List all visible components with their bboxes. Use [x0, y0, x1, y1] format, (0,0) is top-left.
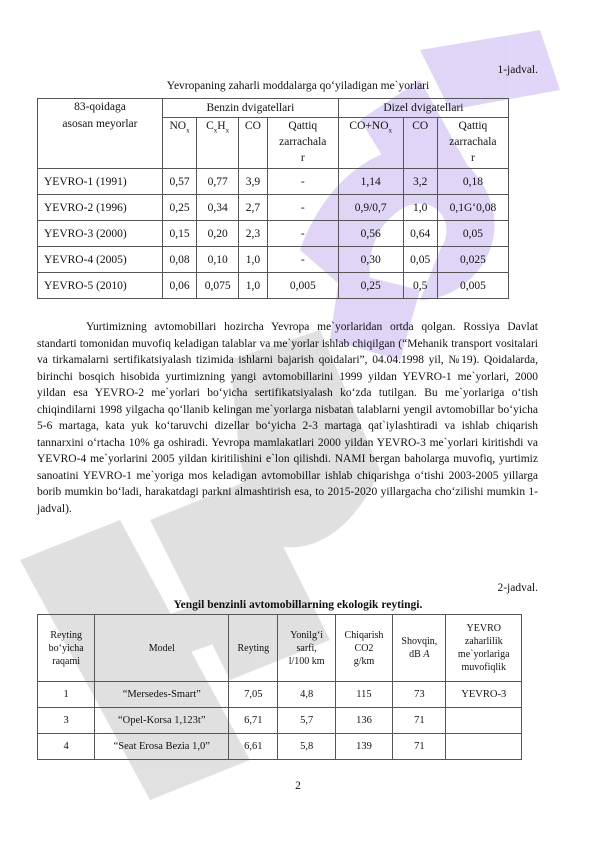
- conox-sub: x: [389, 126, 393, 134]
- table2-label: 2-jadval.: [497, 582, 538, 594]
- header-diesel-engines: Dizel dvigatellari: [338, 99, 508, 118]
- h-rank-text: Reytingbo‘yicharaqami: [49, 630, 84, 667]
- pm-d-line3: r: [471, 152, 475, 164]
- cell-norm: YEVRO-4 (2005): [38, 247, 163, 273]
- table-row: 1“Mersedes-Smart”7,054,811573YEVRO-3: [38, 682, 522, 708]
- header-co: CO: [239, 118, 268, 169]
- cell-co_d: 0,5: [403, 273, 437, 299]
- cell-model: “Opel-Korsa 1,123t”: [95, 708, 229, 734]
- cell-co2: 136: [335, 708, 392, 734]
- cell-rating: 6,71: [229, 708, 278, 734]
- nox-sub: x: [186, 126, 190, 134]
- noise-unit: A: [423, 649, 429, 660]
- header-co-diesel: CO: [403, 118, 437, 169]
- cell-pm: 0,005: [267, 273, 338, 299]
- body-paragraph: Yurtimizning avtomobillari hozircha Yevr…: [37, 319, 538, 517]
- cell-rank: 1: [38, 682, 95, 708]
- noise-line2: dB: [409, 649, 423, 660]
- cell-nox: 0,15: [162, 221, 196, 247]
- table2-title: Yengil benzinli avtomobillarning ekologi…: [0, 599, 596, 611]
- table-row: YEVRO-1 (1991)0,570,773,9-1,143,20,18: [38, 169, 509, 195]
- cell-pm_d: 0,005: [437, 273, 508, 299]
- cell-conox: 1,14: [338, 169, 403, 195]
- table-row: YEVRO-2 (1996)0,250,342,7-0,9/0,71,00,1G…: [38, 195, 509, 221]
- cell-co2: 139: [335, 734, 392, 760]
- table1-title: Yevropaning zaharli moddalarga qo‘yiladi…: [0, 80, 596, 92]
- cxhx-h: H: [217, 120, 225, 132]
- cell-nox: 0,08: [162, 247, 196, 273]
- cell-pm_d: 0,05: [437, 221, 508, 247]
- cell-fuel: 4,8: [278, 682, 335, 708]
- h-co2-text: ChiqarishCO2g/km: [345, 630, 384, 667]
- pm-line3: r: [301, 152, 305, 164]
- pm-line1: Qattiq: [288, 120, 317, 132]
- cell-pm_d: 0,1G‘0,08: [437, 195, 508, 221]
- header-co-nox: CO+NOx: [338, 118, 403, 169]
- table-row: 4“Seat Erosa Bezia 1,0”6,615,813971: [38, 734, 522, 760]
- noise-line1: Shovqin,: [401, 636, 437, 647]
- header-cxhx: CxHx: [197, 118, 239, 169]
- cxhx-x2: x: [226, 126, 230, 134]
- cell-rank: 4: [38, 734, 95, 760]
- cell-co: 3,9: [239, 169, 268, 195]
- cell-euro: [446, 708, 522, 734]
- cell-conox: 0,9/0,7: [338, 195, 403, 221]
- cell-model: “Seat Erosa Bezia 1,0”: [95, 734, 229, 760]
- cell-pm: -: [267, 221, 338, 247]
- cell-cxhx: 0,20: [197, 221, 239, 247]
- cell-conox: 0,56: [338, 221, 403, 247]
- page-number: 2: [0, 780, 596, 792]
- cell-fuel: 5,8: [278, 734, 335, 760]
- cell-rating: 6,61: [229, 734, 278, 760]
- header-particulates-diesel: Qattiq zarrachala r: [437, 118, 508, 169]
- header-norms-line2: asosan meyorlar: [62, 118, 137, 130]
- table-row: YEVRO-4 (2005)0,080,101,0-0,300,050,025: [38, 247, 509, 273]
- cell-pm: -: [267, 195, 338, 221]
- cell-co_d: 0,05: [403, 247, 437, 273]
- header-co2: ChiqarishCO2g/km: [335, 615, 392, 682]
- header-nox: NOx: [162, 118, 196, 169]
- cell-pm: -: [267, 169, 338, 195]
- pm-line2: zarrachala: [279, 136, 326, 148]
- cell-co: 2,7: [239, 195, 268, 221]
- cell-co_d: 3,2: [403, 169, 437, 195]
- cell-nox: 0,06: [162, 273, 196, 299]
- cell-co_d: 0,64: [403, 221, 437, 247]
- cell-pm_d: 0,025: [437, 247, 508, 273]
- table-row: YEVRO-3 (2000)0,150,202,3-0,560,640,05: [38, 221, 509, 247]
- cell-co_d: 1,0: [403, 195, 437, 221]
- header-petrol-engines: Benzin dvigatellari: [162, 99, 338, 118]
- header-norms-line1: 83-qoidaga: [74, 101, 126, 113]
- cell-norm: YEVRO-5 (2010): [38, 273, 163, 299]
- header-particulates: Qattiq zarrachala r: [267, 118, 338, 169]
- cell-rank: 3: [38, 708, 95, 734]
- cell-pm_d: 0,18: [437, 169, 508, 195]
- cell-nox: 0,57: [162, 169, 196, 195]
- header-rating: Reyting: [229, 615, 278, 682]
- cell-pm: -: [267, 247, 338, 273]
- cell-noise: 71: [393, 708, 446, 734]
- cell-norm: YEVRO-3 (2000): [38, 221, 163, 247]
- table1-label: 1-jadval.: [497, 64, 538, 76]
- pm-d-line1: Qattiq: [459, 120, 488, 132]
- cell-fuel: 5,7: [278, 708, 335, 734]
- header-rank: Reytingbo‘yicharaqami: [38, 615, 95, 682]
- emission-standards-table: 83-qoidaga asosan meyorlar Benzin dvigat…: [37, 98, 509, 299]
- table-row: YEVRO-5 (2010)0,060,0751,00,0050,250,50,…: [38, 273, 509, 299]
- cell-cxhx: 0,77: [197, 169, 239, 195]
- cell-euro: [446, 734, 522, 760]
- nox-base: NO: [169, 120, 186, 132]
- h-euro-text: YEVROzaharlilikme`yorlarigamuvofiqlik: [458, 623, 510, 673]
- header-model: Model: [95, 615, 229, 682]
- h-fuel-text: Yonilg‘isarfi,l/100 km: [289, 630, 325, 667]
- cell-noise: 71: [393, 734, 446, 760]
- header-norms: 83-qoidaga asosan meyorlar: [38, 99, 163, 169]
- cell-nox: 0,25: [162, 195, 196, 221]
- conox-base: CO+NO: [349, 120, 388, 132]
- cell-noise: 73: [393, 682, 446, 708]
- cell-model: “Mersedes-Smart”: [95, 682, 229, 708]
- header-euro: YEVROzaharlilikme`yorlarigamuvofiqlik: [446, 615, 522, 682]
- cell-cxhx: 0,34: [197, 195, 239, 221]
- cell-norm: YEVRO-2 (1996): [38, 195, 163, 221]
- eco-rating-table: Reytingbo‘yicharaqami Model Reyting Yoni…: [37, 614, 522, 760]
- cell-co: 1,0: [239, 273, 268, 299]
- header-noise: Shovqin, dB A: [393, 615, 446, 682]
- cell-conox: 0,30: [338, 247, 403, 273]
- cell-co2: 115: [335, 682, 392, 708]
- cell-norm: YEVRO-1 (1991): [38, 169, 163, 195]
- cell-euro: YEVRO-3: [446, 682, 522, 708]
- cell-conox: 0,25: [338, 273, 403, 299]
- header-fuel: Yonilg‘isarfi,l/100 km: [278, 615, 335, 682]
- document-page: 1-jadval. Yevropaning zaharli moddalarga…: [0, 0, 596, 842]
- table-row: 3“Opel-Korsa 1,123t”6,715,713671: [38, 708, 522, 734]
- cell-rating: 7,05: [229, 682, 278, 708]
- cell-co: 2,3: [239, 221, 268, 247]
- pm-d-line2: zarrachala: [449, 136, 496, 148]
- cxhx-c: C: [206, 120, 214, 132]
- cell-cxhx: 0,075: [197, 273, 239, 299]
- cell-cxhx: 0,10: [197, 247, 239, 273]
- cell-co: 1,0: [239, 247, 268, 273]
